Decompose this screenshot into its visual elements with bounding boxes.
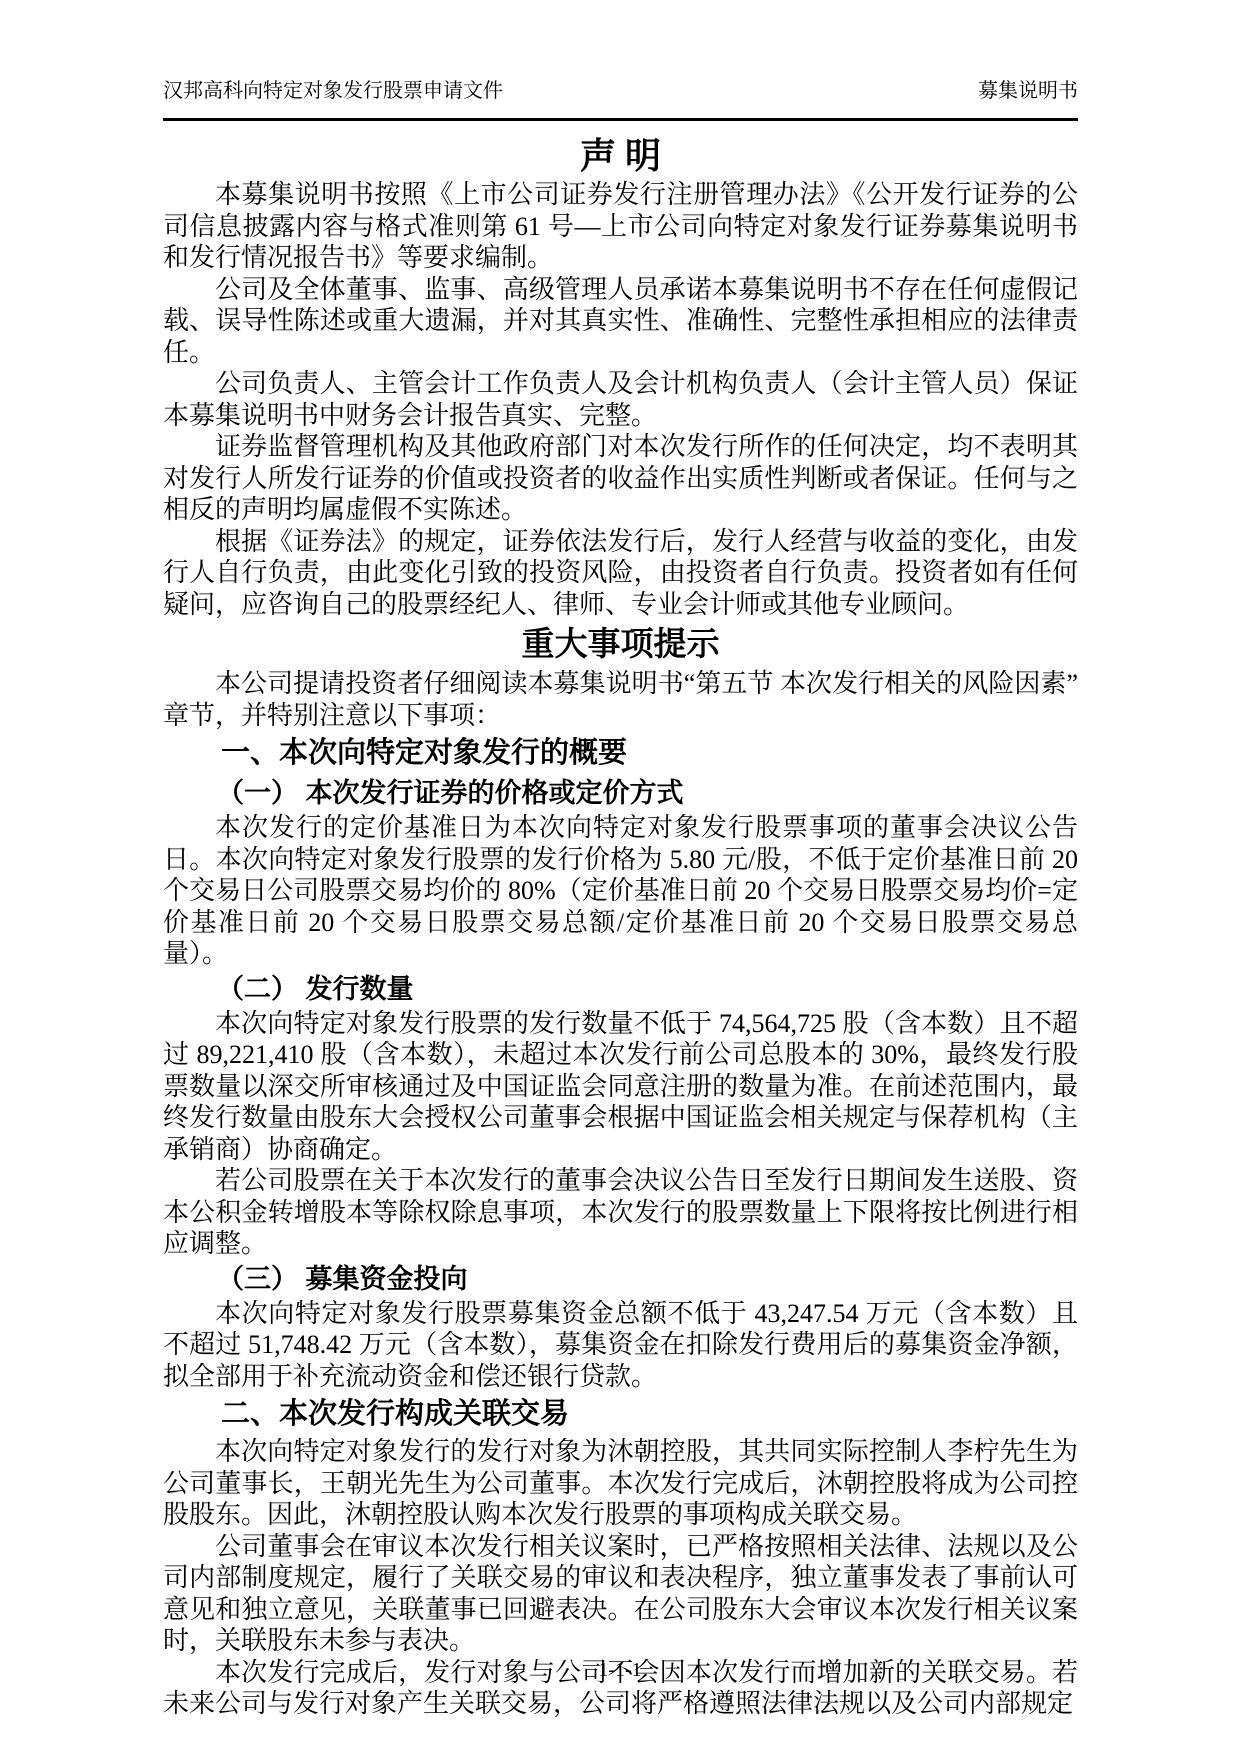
paragraph: 根据《证券法》的规定，证券依法发行后，发行人经营与收益的变化，由发行人自行负责，… — [163, 526, 1078, 621]
document-content: 声 明本募集说明书按照《上市公司证券发行注册管理办法》《公开发行证券的公司信息披… — [163, 133, 1078, 1720]
page-number: 1-1-1 — [598, 1659, 641, 1681]
paragraph: 本募集说明书按照《上市公司证券发行注册管理办法》《公开发行证券的公司信息披露内容… — [163, 179, 1078, 274]
page-footer: 1-1-1 — [0, 1658, 1240, 1682]
header-doc-title: 汉邦高科向特定对象发行股票申请文件 — [163, 78, 503, 104]
header-doc-type: 募集说明书 — [978, 78, 1078, 104]
paragraph: 公司董事会在审议本次发行相关议案时，已严格按照相关法律、法规以及公司内部制度规定… — [163, 1531, 1078, 1657]
major-heading: 重大事项提示 — [163, 622, 1078, 666]
section-heading: 二、本次发行构成关联交易 — [163, 1394, 1078, 1434]
paragraph: 本次向特定对象发行的发行对象为沐朝控股，其共同实际控制人李柠先生为公司董事长，王… — [163, 1436, 1078, 1531]
paragraph: 本次发行的定价基准日为本次向特定对象发行股票事项的董事会决议公告日。本次向特定对… — [163, 812, 1078, 970]
paragraph: 公司负责人、主管会计工作负责人及会计机构负责人（会计主管人员）保证本募集说明书中… — [163, 368, 1078, 431]
header-rule — [163, 118, 1078, 121]
paragraph: 若公司股票在关于本次发行的董事会决议公告日至发行日期间发生送股、资本公积金转增股… — [163, 1165, 1078, 1260]
paragraph: 本次向特定对象发行股票的发行数量不低于 74,564,725 股（含本数）且不超… — [163, 1008, 1078, 1166]
page-header: 汉邦高科向特定对象发行股票申请文件 募集说明书 — [163, 78, 1078, 104]
subsection-heading: （一） 本次发行证券的价格或定价方式 — [163, 775, 1078, 811]
paragraph: 公司及全体董事、监事、高级管理人员承诺本募集说明书不存在任何虚假记载、误导性陈述… — [163, 274, 1078, 369]
paragraph: 本次向特定对象发行股票募集资金总额不低于 43,247.54 万元（含本数）且不… — [163, 1298, 1078, 1393]
subsection-heading: （二） 发行数量 — [163, 971, 1078, 1007]
subsection-heading: （三） 募集资金投向 — [163, 1261, 1078, 1297]
document-title: 声 明 — [163, 133, 1078, 179]
paragraph: 本公司提请投资者仔细阅读本募集说明书“第五节 本次发行相关的风险因素”章节，并特… — [163, 668, 1078, 731]
paragraph: 证券监督管理机构及其他政府部门对本次发行所作的任何决定，均不表明其对发行人所发行… — [163, 431, 1078, 526]
section-heading: 一、本次向特定对象发行的概要 — [163, 733, 1078, 773]
document-page: 汉邦高科向特定对象发行股票申请文件 募集说明书 声 明本募集说明书按照《上市公司… — [0, 0, 1240, 1754]
